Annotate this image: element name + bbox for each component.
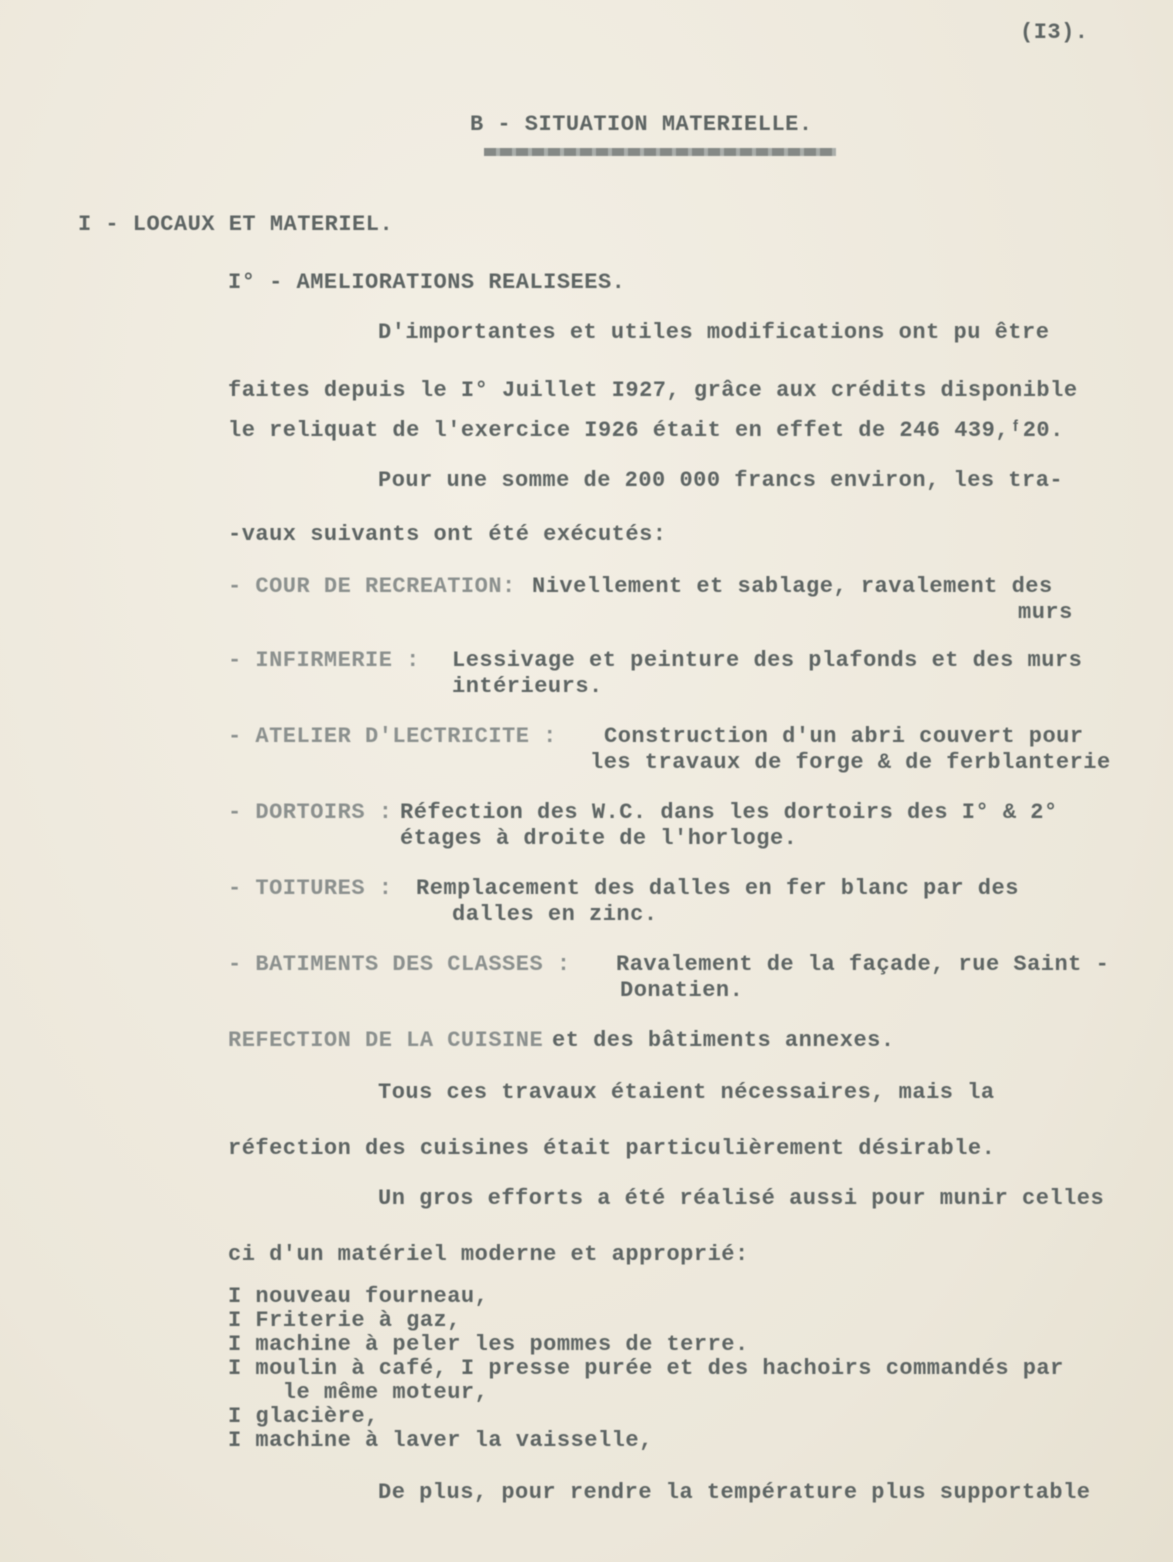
work-desc: Nivellement et sablage, ravalement des	[532, 574, 1053, 599]
paragraph-line: ci d'un matériel moderne et approprié:	[228, 1242, 749, 1267]
equipment-item: I glacière,	[228, 1404, 379, 1429]
paragraph-line: réfection des cuisines était particulièr…	[228, 1136, 995, 1161]
work-desc-cont: Donatien.	[620, 978, 743, 1003]
work-label: - TOITURES :	[228, 876, 392, 901]
equipment-item: I nouveau fourneau,	[228, 1284, 488, 1309]
work-desc-cont: les travaux de forge & de ferblanterie	[590, 750, 1111, 775]
paragraph-line: Pour une somme de 200 000 francs environ…	[378, 468, 1063, 493]
page-number: (I3).	[1020, 20, 1089, 45]
work-desc: Construction d'un abri couvert pour	[604, 724, 1084, 749]
paragraph-line: De plus, pour rendre la température plus…	[378, 1480, 1091, 1505]
equipment-item: I Friterie à gaz,	[228, 1308, 461, 1333]
subsection-heading: I° - AMELIORATIONS REALISEES.	[228, 270, 625, 295]
paragraph-line: faites depuis le I° Juillet I927, grâce …	[228, 378, 1078, 403]
work-label: - ATELIER D'LECTRICITE :	[228, 724, 557, 749]
paragraph-line: le reliquat de l'exercice I926 était en …	[228, 418, 1064, 443]
work-desc: Ravalement de la façade, rue Saint -	[616, 952, 1109, 977]
work-desc: Réfection des W.C. dans les dortoirs des…	[400, 800, 1058, 825]
work-desc: Lessivage et peinture des plafonds et de…	[452, 648, 1082, 673]
page-title: B - SITUATION MATERIELLE.	[470, 112, 813, 137]
equipment-item: I moulin à café, I presse purée et des h…	[228, 1356, 1064, 1381]
kitchen-label: REFECTION DE LA CUISINE	[228, 1028, 543, 1053]
work-label: - COUR DE RECREATION:	[228, 574, 516, 599]
section-heading: I - LOCAUX ET MATERIEL.	[78, 212, 393, 237]
work-label: - BATIMENTS DES CLASSES :	[228, 952, 571, 977]
work-label: - DORTOIRS :	[228, 800, 392, 825]
paragraph-line: D'importantes et utiles modifications on…	[378, 320, 1049, 345]
work-desc-cont: murs	[1018, 600, 1073, 625]
work-desc: Remplacement des dalles en fer blanc par…	[416, 876, 1019, 901]
work-desc-cont: dalles en zinc.	[452, 902, 658, 927]
paragraph-line: -vaux suivants ont été exécutés:	[228, 522, 666, 547]
equipment-item: I machine à laver la vaisselle,	[228, 1428, 653, 1453]
equipment-item: I machine à peler les pommes de terre.	[228, 1332, 749, 1357]
work-desc-cont: intérieurs.	[452, 674, 603, 699]
work-desc-cont: étages à droite de l'horloge.	[400, 826, 797, 851]
paragraph-line: Tous ces travaux étaient nécessaires, ma…	[378, 1080, 995, 1105]
kitchen-desc: et des bâtiments annexes.	[552, 1028, 895, 1053]
equipment-item: le même moteur,	[228, 1380, 488, 1405]
title-underline	[484, 148, 836, 156]
work-label: - INFIRMERIE :	[228, 648, 420, 673]
paragraph-line: Un gros efforts a été réalisé aussi pour…	[378, 1186, 1104, 1211]
